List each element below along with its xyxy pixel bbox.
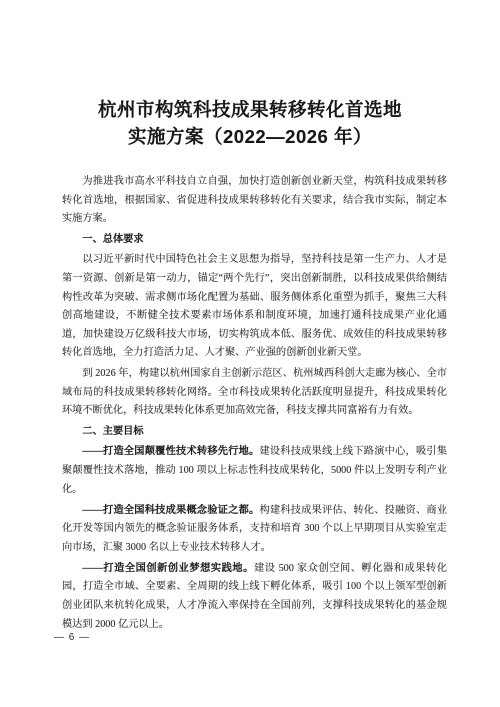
- section-heading-2: 二、主要目标: [62, 423, 447, 442]
- intro-paragraph: 为推进我市高水平科技自立自强，加快打造创新创业新天堂，构筑科技成果转移转化首选地…: [62, 173, 447, 229]
- goal-1-dash: ——: [82, 446, 102, 457]
- document-page: 杭州市构筑科技成果转移转化首选地 实施方案（2022—2026 年） 为推进我市…: [0, 0, 500, 707]
- goal-1-lead: 打造全国颠覆性技术转移先行地。: [103, 446, 260, 457]
- goal-3-lead: 打造全国创新创业梦想实践地。: [103, 563, 254, 574]
- goal-paragraph-2: ——打造全国科技成果概念验证之都。构建科技成果评估、转化、投融资、商业化开发等国…: [62, 502, 447, 558]
- section1-paragraph-1: 以习近平新时代中国特色社会主义思想为指导，坚持科技是第一生产力、人才是第一资源、…: [62, 251, 447, 363]
- document-title: 杭州市构筑科技成果转移转化首选地 实施方案（2022—2026 年）: [0, 96, 500, 150]
- document-title-line-2: 实施方案（2022—2026 年）: [0, 123, 500, 150]
- goal-2-dash: ——: [82, 505, 102, 516]
- section1-paragraph-2: 到 2026 年，构建以杭州国家自主创新示范区、杭州城西科创大走廊为核心、全市域…: [62, 365, 447, 421]
- document-title-line-1: 杭州市构筑科技成果转移转化首选地: [0, 96, 500, 123]
- goal-paragraph-3: ——打造全国创新创业梦想实践地。建设 500 家众创空间、孵化器和成果转化园，打…: [62, 560, 447, 634]
- goal-paragraph-1: ——打造全国颠覆性技术转移先行地。建设科技成果线上线下路演中心，吸引集聚颠覆性技…: [62, 443, 447, 499]
- document-body: 为推进我市高水平科技自立自强，加快打造创新创业新天堂，构筑科技成果转移转化首选地…: [62, 173, 447, 637]
- page-number: — 6 —: [54, 632, 90, 643]
- goal-3-dash: ——: [82, 563, 102, 574]
- section-heading-1: 一、总体要求: [62, 231, 447, 250]
- goal-2-lead: 打造全国科技成果概念验证之都。: [103, 505, 260, 516]
